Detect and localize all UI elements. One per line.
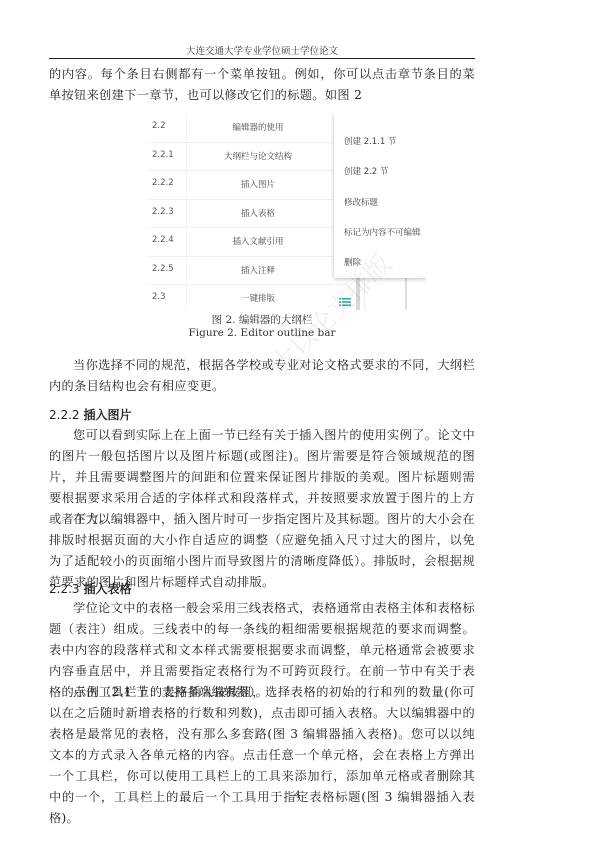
menu-item-mark-readonly: 标记为内容不可编辑 — [344, 226, 421, 238]
outline-num: 2.2.5 — [152, 264, 174, 274]
section-title: 插入图片 — [84, 408, 132, 422]
figure-caption-cn: 图 2. 编辑器的大纲栏 — [49, 312, 475, 327]
outline-num: 2.2 — [152, 121, 166, 131]
outline-row: 2.2.5 插入注释 — [148, 256, 346, 286]
figure-caption-en: Figure 2. Editor outline bar — [49, 327, 475, 339]
outline-title: 编辑器的使用 — [188, 121, 328, 133]
section-number: 2.2.2 — [49, 408, 80, 422]
section-heading-2-2-2: 2.2.2插入图片 — [49, 406, 132, 423]
outline-num: 2.2.3 — [152, 207, 174, 217]
outline-num: 2.3 — [152, 292, 166, 302]
section-heading-2-2-3: 2.2.3插入表格 — [49, 580, 132, 597]
outline-row: 2.2.2 插入图片 — [148, 170, 346, 200]
outline-title: 一键排版 — [188, 292, 328, 304]
page-number: 4 — [0, 790, 595, 801]
section-title: 插入表格 — [84, 582, 132, 596]
outline-title: 插入图片 — [188, 178, 328, 190]
paragraph: 当你选择不同的规范，根据各学校或专业对论文格式要求的不同，大纲栏内的条目结构也会… — [49, 355, 475, 397]
paragraph: 点击工具栏上的表格插入按按钮，选择表格的初始的行和列的数量(你可以在之后随时新增… — [49, 682, 475, 829]
outline-row: 2.2.4 插入文献引用 — [148, 227, 346, 257]
menu-item-create-2-1-1: 创建 2.1.1 节 — [344, 135, 397, 147]
outline-num: 2.2.2 — [152, 178, 174, 188]
outline-title: 大纲栏与论文结构 — [188, 150, 328, 162]
menu-item-rename: 修改标题 — [344, 196, 378, 208]
running-header: 大连交通大学专业学位硕士学位论文 — [49, 43, 475, 57]
menu-item-create-2-2: 创建 2.2 节 — [344, 165, 388, 177]
outline-title: 插入表格 — [188, 207, 328, 219]
paragraph: 的内容。每个条目右侧都有一个菜单按钮。例如，你可以点击章节条目的菜单按钮来创建下… — [49, 64, 475, 106]
header-rule — [49, 58, 475, 59]
outline-row: 2.2 编辑器的使用 — [148, 113, 346, 143]
outline-title: 插入注释 — [188, 264, 328, 276]
outline-num: 2.2.4 — [152, 235, 174, 245]
section-number: 2.2.3 — [49, 582, 80, 596]
outline-row: 2.2.3 插入表格 — [148, 199, 346, 229]
outline-num: 2.2.1 — [152, 150, 174, 160]
outline-row: 2.2.1 大纲栏与论文结构 — [148, 142, 346, 172]
outline-title: 插入文献引用 — [188, 235, 328, 247]
